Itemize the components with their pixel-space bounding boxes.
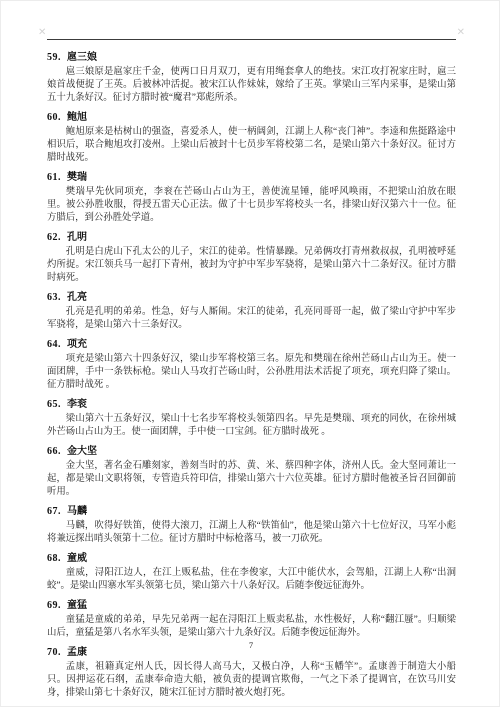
entry-heading: 64.项充 — [47, 338, 456, 351]
entry-heading: 69.童猛 — [47, 599, 456, 612]
entry-69: 69.童猛 童猛是童威的弟弟，早先兄弟两一起在浔阳江上贩卖私盐，水性极好，人称“… — [47, 599, 456, 640]
entry-59: 59.扈三娘 扈三娘原是扈家庄千金，使两口日月双刀，更有用绳套拿人的绝技。宋江攻… — [47, 51, 456, 105]
entry-number: 62. — [47, 232, 61, 243]
entry-number: 59. — [47, 52, 61, 63]
entry-name: 孔明 — [67, 232, 87, 243]
entry-name: 孔亮 — [67, 292, 87, 303]
document-page: ✕ ✕ 59.扈三娘 扈三娘原是扈家庄千金，使两口日月双刀，更有用绳套拿人的绝技… — [1, 1, 500, 707]
entry-name: 马麟 — [67, 506, 87, 517]
entry-68: 68.童威 童威，浔阳江边人，在江上贩私盐，住在李俊家，大江中能伏水，会驾船，江… — [47, 552, 456, 593]
entry-paragraph: 樊瑞早先伙同项充，李衮在芒砀山占山为王，善使流星锤，能呼风唤雨，不把梁山泊放在眼… — [47, 186, 456, 225]
entry-heading: 66.金大坚 — [47, 445, 456, 458]
entry-number: 66. — [47, 446, 61, 457]
left-crop-mark-icon: ✕ — [38, 28, 46, 38]
entry-66: 66.金大坚 金大坚，著名金石雕刻家，善刻当时的苏、黄、米、蔡四种字体，济州人氏… — [47, 445, 456, 499]
entry-number: 64. — [47, 339, 61, 350]
entry-name: 扈三娘 — [67, 52, 97, 63]
page-number: 7 — [1, 640, 500, 650]
entry-65: 65.李衮 梁山第六十五条好汉，梁山十七名步军将校头领第四名。早先是樊瑞、项充的… — [47, 398, 456, 439]
entry-paragraph: 孔明是白虎山下孔太公的儿子，宋江的徒弟。性情暴躁。兄弟俩攻打青州救叔叔，孔明被呼… — [47, 246, 456, 285]
entry-name: 童威 — [67, 553, 87, 564]
entry-60: 60.鲍旭 鲍旭原来是枯树山的强盗，喜爱杀人，使一柄阔剑，江湖上人称“丧门神”。… — [47, 111, 456, 165]
entry-name: 童猛 — [67, 600, 87, 611]
entry-paragraph: 童威，浔阳江边人，在江上贩私盐，住在李俊家，大江中能伏水，会驾船，江湖上人称“出… — [47, 567, 456, 593]
entry-paragraph: 鲍旭原来是枯树山的强盗，喜爱杀人，使一柄阔剑，江湖上人称“丧门神”。李逵和焦挺路… — [47, 126, 456, 165]
entry-number: 69. — [47, 600, 61, 611]
entry-67: 67.马麟 马麟，吹得好铁笛，使得大滚刀，江湖上人称“铁笛仙”，他是梁山第六十七… — [47, 505, 456, 546]
entry-61: 61.樊瑞 樊瑞早先伙同项充，李衮在芒砀山占山为王，善使流星锤，能呼风唤雨，不把… — [47, 171, 456, 225]
header-rule — [47, 39, 456, 40]
entry-number: 61. — [47, 172, 61, 183]
entry-paragraph: 孔亮是孔明的弟弟。性急，好与人厮闹。宋江的徒弟，孔亮同哥哥一起，做了梁山守护中军… — [47, 306, 456, 332]
entry-70: 70.孟康 孟康，祖籍真定州人氏，因长得人高马大，又极白净，人称“玉幡竿”。孟康… — [47, 646, 456, 700]
entry-number: 60. — [47, 112, 61, 123]
document-content: 59.扈三娘 扈三娘原是扈家庄千金，使两口日月双刀，更有用绳套拿人的绝技。宋江攻… — [47, 45, 456, 700]
entry-number: 68. — [47, 553, 61, 564]
right-crop-mark-icon: ✕ — [457, 28, 465, 38]
entry-paragraph: 童猛是童威的弟弟，早先兄弟两一起在浔阳江上贩卖私盐，水性极好，人称“翻江蜃”。归… — [47, 614, 456, 640]
entry-62: 62.孔明 孔明是白虎山下孔太公的儿子，宋江的徒弟。性情暴躁。兄弟俩攻打青州救叔… — [47, 231, 456, 285]
entry-heading: 59.扈三娘 — [47, 51, 456, 64]
entry-name: 金大坚 — [67, 446, 97, 457]
entry-64: 64.项充 项充是梁山第六十四条好汉，梁山步军将校第三名。原先和樊瑞在徐州芒砀山… — [47, 338, 456, 392]
entry-name: 鲍旭 — [67, 112, 87, 123]
entry-name: 李衮 — [67, 399, 87, 410]
entry-paragraph: 孟康，祖籍真定州人氏，因长得人高马大，又极白净，人称“玉幡竿”。孟康善于制造大小… — [47, 661, 456, 700]
entry-number: 67. — [47, 506, 61, 517]
entry-name: 樊瑞 — [67, 172, 87, 183]
entry-heading: 68.童威 — [47, 552, 456, 565]
entry-heading: 65.李衮 — [47, 398, 456, 411]
entry-63: 63.孔亮 孔亮是孔明的弟弟。性急，好与人厮闹。宋江的徒弟，孔亮同哥哥一起，做了… — [47, 291, 456, 332]
entry-paragraph: 梁山第六十五条好汉，梁山十七名步军将校头领第四名。早先是樊瑞、项充的同伙，在徐州… — [47, 413, 456, 439]
entry-paragraph: 马麟，吹得好铁笛，使得大滚刀，江湖上人称“铁笛仙”，他是梁山第六十七位好汉，马军… — [47, 520, 456, 546]
entry-number: 63. — [47, 292, 61, 303]
entry-paragraph: 扈三娘原是扈家庄千金，使两口日月双刀，更有用绳套拿人的绝技。宋江攻打祝家庄时，扈… — [47, 66, 456, 105]
entry-paragraph: 项充是梁山第六十四条好汉，梁山步军将校第三名。原先和樊瑞在徐州芒砀山占山为王。使… — [47, 353, 456, 392]
entry-number: 65. — [47, 399, 61, 410]
entry-paragraph: 金大坚，著名金石雕刻家，善刻当时的苏、黄、米、蔡四种字体，济州人氏。金大坚同萧让… — [47, 460, 456, 499]
entry-heading: 62.孔明 — [47, 231, 456, 244]
entry-heading: 61.樊瑞 — [47, 171, 456, 184]
entry-heading: 60.鲍旭 — [47, 111, 456, 124]
entry-heading: 67.马麟 — [47, 505, 456, 518]
entry-name: 项充 — [67, 339, 87, 350]
entry-heading: 63.孔亮 — [47, 291, 456, 304]
